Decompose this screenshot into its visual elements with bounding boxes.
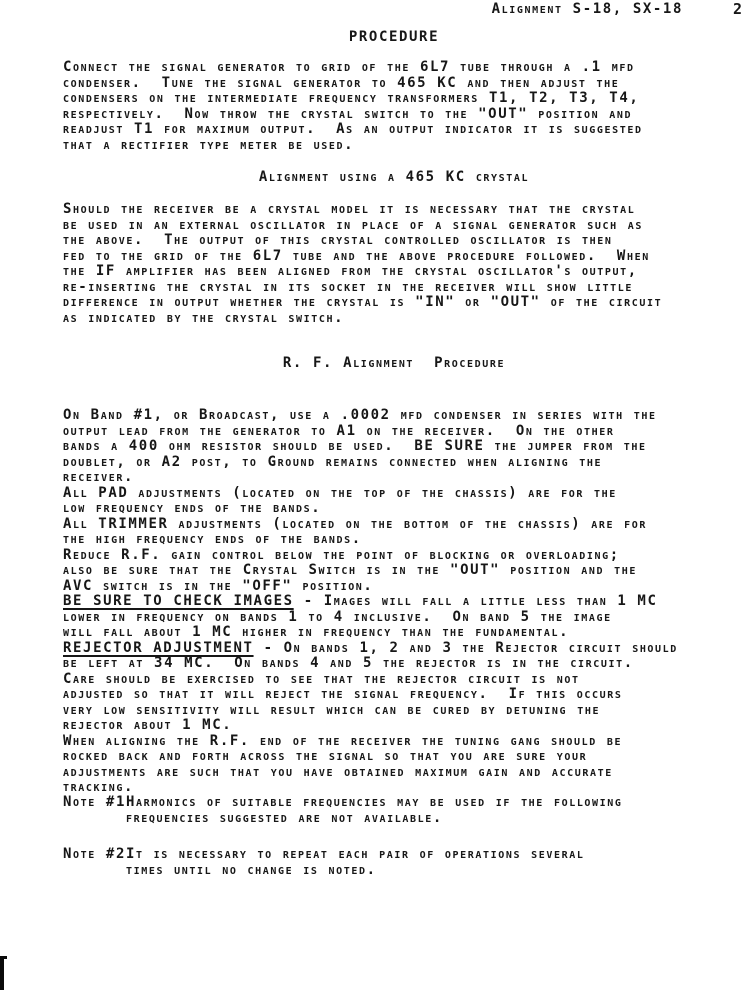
- text-line: be used in an external oscillator in pla…: [63, 218, 725, 234]
- text-line: All TRIMMER adjustments (located on the …: [63, 517, 725, 533]
- text-line: Care should be exercised to see that the…: [63, 672, 725, 688]
- text-line: be left at 34 MC. On bands 4 and 5 the r…: [63, 656, 725, 672]
- text-line: lower in frequency on bands 1 to 4 inclu…: [63, 610, 725, 626]
- rf-alignment-paragraph: On Band #1, or Broadcast, use a .0002 mf…: [63, 408, 725, 796]
- text-line: Reduce R.F. gain control below the point…: [63, 548, 725, 564]
- text-line: respectively. Now throw the crystal swit…: [63, 107, 725, 123]
- document-page: Alignment S-18, SX-18 2 PROCEDUREConnect…: [0, 0, 754, 994]
- rf-alignment-heading: R. F. Alignment Procedure: [63, 356, 725, 372]
- text-line: receiver.: [63, 470, 725, 486]
- text-line: frequencies suggested are not available.: [126, 811, 725, 827]
- text-line: the high frequency ends of the bands.: [63, 532, 725, 548]
- page-number: 2: [733, 0, 743, 18]
- header-title: Alignment S-18, SX-18: [492, 1, 683, 17]
- text-line: BE SURE TO CHECK IMAGES - Images will fa…: [63, 594, 725, 610]
- text-line: condensers on the intermediate frequency…: [63, 91, 725, 107]
- text-line: very low sensitivity will result which c…: [63, 703, 725, 719]
- text-line: output lead from the generator to A1 on …: [63, 424, 725, 440]
- text-line: fed to the grid of the 6L7 tube and the …: [63, 249, 725, 265]
- text-line: REJECTOR ADJUSTMENT - On bands 1, 2 and …: [63, 641, 725, 657]
- procedure-paragraph: Connect the signal generator to grid of …: [63, 60, 725, 153]
- text-segment: - On bands 1, 2 and 3 the Rejector circu…: [254, 640, 678, 656]
- text-line: the IF amplifier has been aligned from t…: [63, 264, 725, 280]
- text-line: will fall about 1 MC higher in frequency…: [63, 625, 725, 641]
- text-line: doublet, or A2 post, to Ground remains c…: [63, 455, 725, 471]
- text-line: On Band #1, or Broadcast, use a .0002 mf…: [63, 408, 725, 424]
- note-1: Note #1Harmonics of suitable frequencies…: [63, 795, 725, 826]
- crystal-alignment-paragraph: Should the receiver be a crystal model i…: [63, 202, 725, 326]
- note-2-label: Note #2: [63, 847, 126, 878]
- text-line: All PAD adjustments (located on the top …: [63, 486, 725, 502]
- scan-artifact-mark: [0, 956, 4, 990]
- text-line: as indicated by the crystal switch.: [63, 311, 725, 327]
- text-line: Should the receiver be a crystal model i…: [63, 202, 725, 218]
- note-2: Note #2It is necessary to repeat each pa…: [63, 847, 725, 878]
- procedure-heading: PROCEDURE: [63, 30, 725, 46]
- text-line: rocked back and forth across the signal …: [63, 749, 725, 765]
- text-line: times until no change is noted.: [126, 863, 725, 879]
- text-line: rejector about 1 MC.: [63, 718, 725, 734]
- text-segment: - Images will fall a little less than 1 …: [294, 593, 658, 609]
- text-line: readjust T1 for maximum output. As an ou…: [63, 122, 725, 138]
- text-line: When aligning the R.F. end of the receiv…: [63, 734, 725, 750]
- text-line: adjustments are such that you have obtai…: [63, 765, 725, 781]
- text-line: re-inserting the crystal in its socket i…: [63, 280, 725, 296]
- text-line: adjusted so that it will reject the sign…: [63, 687, 725, 703]
- note-1-text: Harmonics of suitable frequencies may be…: [126, 795, 725, 826]
- text-line: Harmonics of suitable frequencies may be…: [126, 795, 725, 811]
- text-line: It is necessary to repeat each pair of o…: [126, 847, 725, 863]
- underlined-phrase: BE SURE TO CHECK IMAGES: [63, 593, 294, 609]
- text-line: also be sure that the Crystal Switch is …: [63, 563, 725, 579]
- text-line: AVC switch is in the "OFF" position.: [63, 579, 725, 595]
- note-2-text: It is necessary to repeat each pair of o…: [126, 847, 725, 878]
- text-line: difference in output whether the crystal…: [63, 295, 725, 311]
- text-line: bands a 400 ohm resistor should be used.…: [63, 439, 725, 455]
- note-1-label: Note #1: [63, 795, 126, 826]
- text-line: Connect the signal generator to grid of …: [63, 60, 725, 76]
- text-line: the above. The output of this crystal co…: [63, 233, 725, 249]
- text-line: that a rectifier type meter be used.: [63, 138, 725, 154]
- underlined-phrase: REJECTOR ADJUSTMENT: [63, 640, 254, 656]
- crystal-alignment-heading: Alignment using a 465 KC crystal: [63, 170, 725, 186]
- text-line: condenser. Tune the signal generator to …: [63, 76, 725, 92]
- text-line: low frequency ends of the bands.: [63, 501, 725, 517]
